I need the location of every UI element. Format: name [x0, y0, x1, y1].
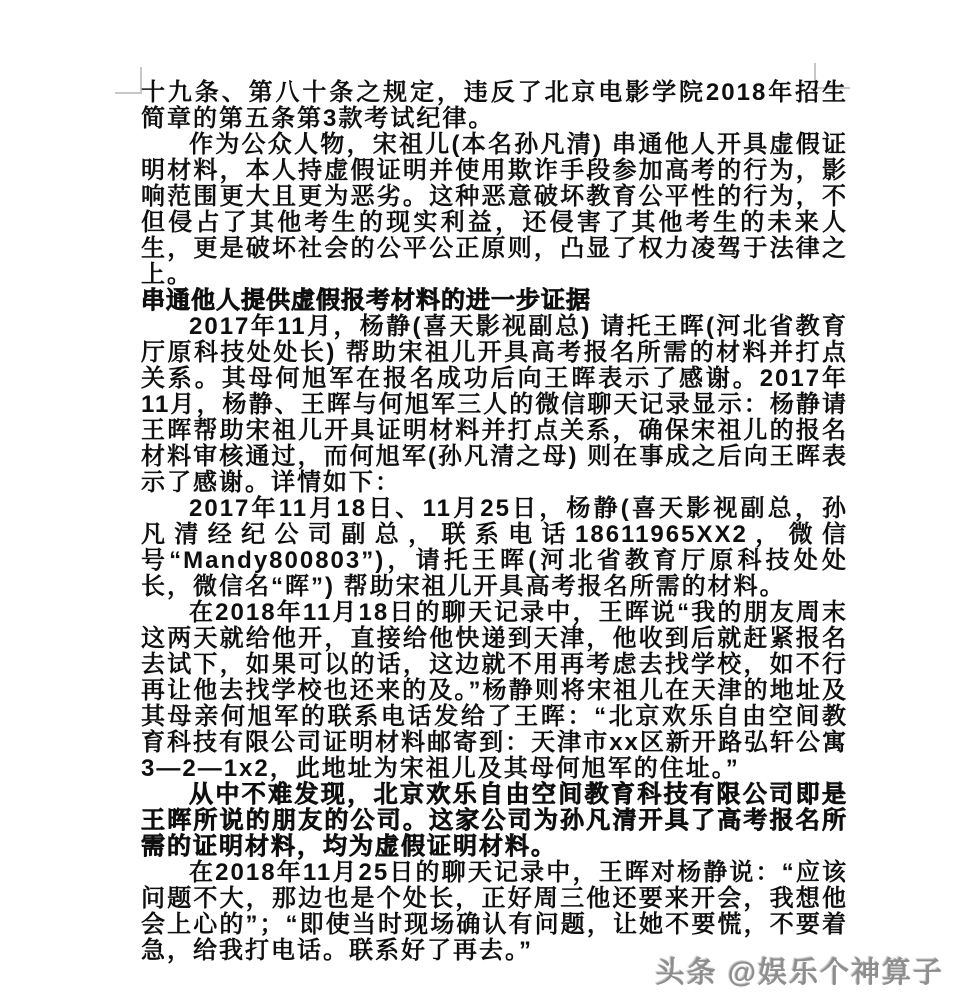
paragraph-chat-2018-11-18: 在2018年11月18日的聊天记录中，王晖说“我的朋友周末这两天就给他开，直接给… — [141, 600, 848, 782]
article-text: 十九条、第八十条之规定，违反了北京电影学院2018年招生简章的第五条第3款考试纪… — [141, 80, 848, 964]
section-heading: 串通他人提供虚假报考材料的进一步证据 — [141, 288, 848, 314]
text-boundary-mark-top-left — [115, 67, 142, 94]
paragraph-chat-2018-11-25: 在2018年11月25日的聊天记录中，王晖对杨静说：“应该问题不大，那边也是个处… — [141, 860, 848, 964]
paragraph-public-figure: 作为公众人物，宋祖儿(本名孙凡清) 串通他人开具虚假证明材料，本人持虚假证明并使… — [141, 132, 848, 288]
toutiao-watermark: 头条 @娱乐个神算子 — [656, 950, 944, 991]
paragraph-2017-november: 2017年11月，杨静(喜天影视副总) 请托王晖(河北省教育厅原科技处处长) 帮… — [141, 314, 848, 496]
paragraph-contact-details: 2017年11月18日、11月25日，杨静(喜天影视副总，孙凡清经纪公司副总，联… — [141, 496, 848, 600]
paragraph-company-conclusion: 从中不难发现，北京欢乐自由空间教育科技有限公司即是王晖所说的朋友的公司。这家公司… — [141, 782, 848, 860]
paragraph-continuation: 十九条、第八十条之规定，违反了北京电影学院2018年招生简章的第五条第3款考试纪… — [141, 80, 848, 132]
document-page: 十九条、第八十条之规定，违反了北京电影学院2018年招生简章的第五条第3款考试纪… — [0, 0, 960, 1003]
